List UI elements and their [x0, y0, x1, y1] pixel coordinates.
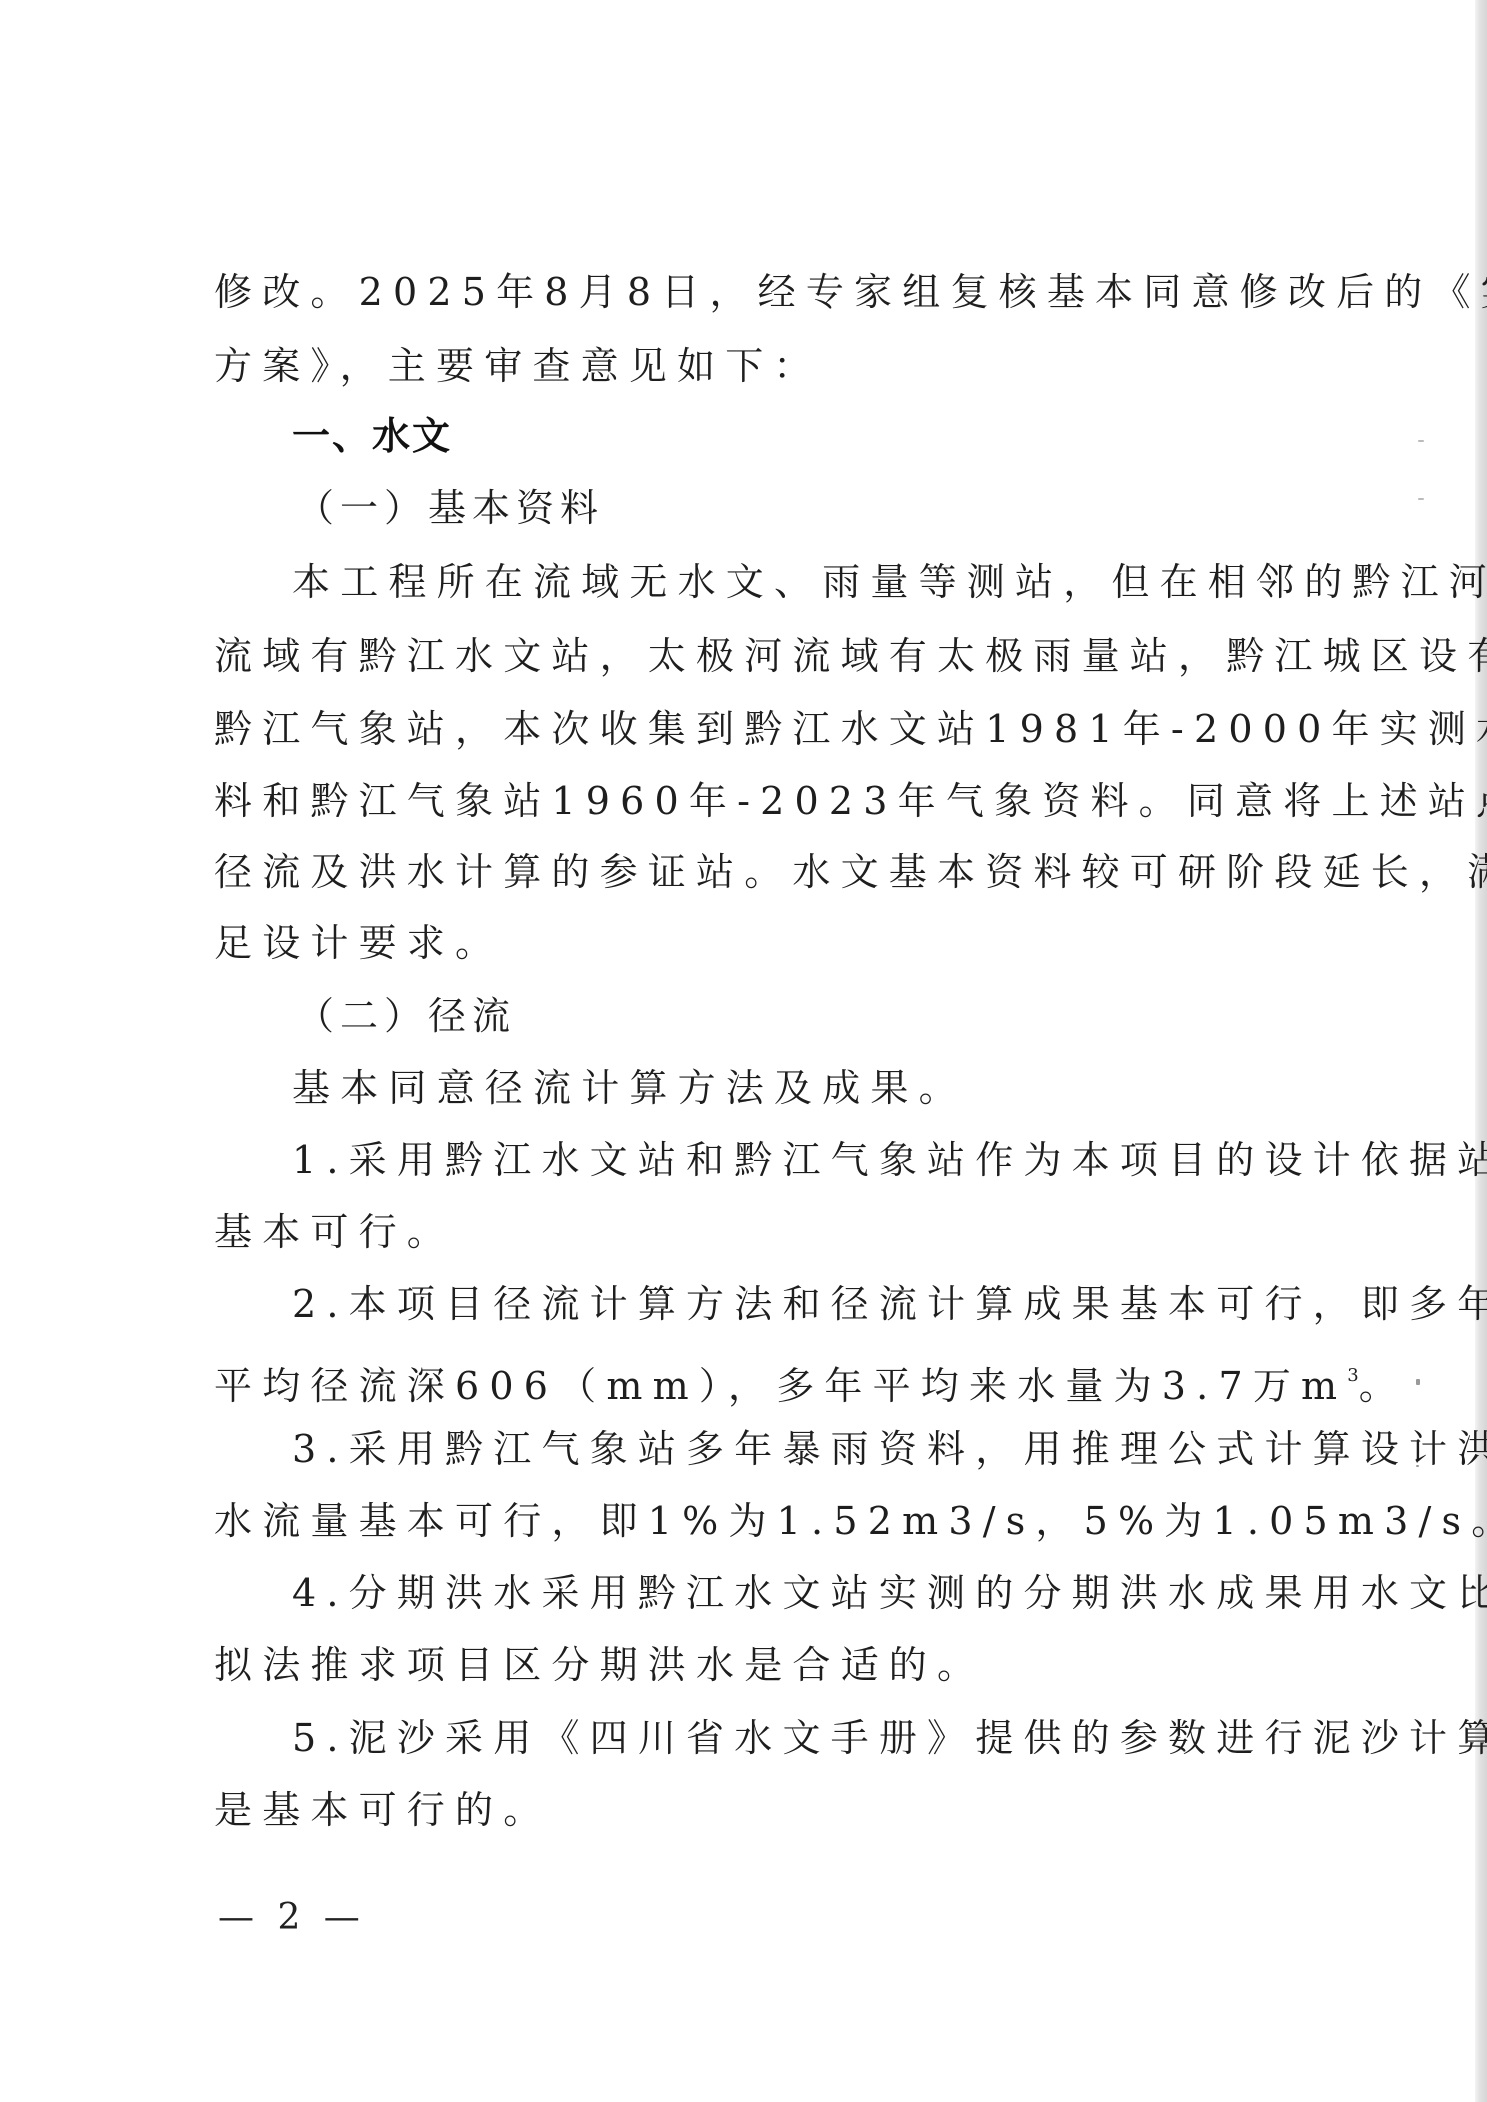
list-item-3-line-1: 3.采用黔江气象站多年暴雨资料，用推理公式计算设计洪: [292, 1427, 1292, 1471]
runoff-intro: 基本同意径流计算方法及成果。: [292, 1066, 1292, 1110]
list-item-2-line-2-text: 平均径流深606（mm），多年平均来水量为3.7万m: [214, 1364, 1347, 1408]
page-number: — 2 —: [218, 1898, 366, 1938]
paragraph-line: 本工程所在流域无水文、雨量等测站，但在相邻的黔江河: [292, 560, 1292, 604]
list-item-2-line-1: 2.本项目径流计算方法和径流计算成果基本可行，即多年: [292, 1282, 1292, 1326]
paragraph-line: 流域有黔江水文站，太极河流域有太极雨量站，黔江城区设有: [214, 634, 1294, 678]
scan-speck: [1416, 1465, 1419, 1467]
intro-line-2: 方案》，主要审查意见如下：: [214, 344, 1294, 388]
scan-speck: [1418, 498, 1424, 500]
scan-speck: [1418, 440, 1424, 442]
list-item-2-line-2-tail: 。: [1359, 1364, 1407, 1408]
scan-speck: [1416, 1379, 1420, 1385]
subsection-heading-basic-data: （一）基本资料: [296, 486, 1376, 530]
subsection-heading-runoff: （二）径流: [296, 994, 1376, 1038]
intro-line-1: 修改。2025年8月8日，经专家组复核基本同意修改后的《实施: [214, 270, 1294, 314]
paragraph-line: 足设计要求。: [214, 921, 1294, 965]
document-page: 修改。2025年8月8日，经专家组复核基本同意修改后的《实施 方案》，主要审查意…: [0, 0, 1487, 2102]
section-heading-hydrology: 一、水文: [292, 414, 1372, 458]
list-item-1-line-2: 基本可行。: [214, 1210, 1294, 1254]
list-item-4-line-1: 4.分期洪水采用黔江水文站实测的分期洪水成果用水文比: [292, 1571, 1292, 1615]
paragraph-line: 径流及洪水计算的参证站。水文基本资料较可研阶段延长，满: [214, 850, 1294, 894]
list-item-5-line-2: 是基本可行的。: [214, 1788, 1294, 1832]
paragraph-line: 黔江气象站，本次收集到黔江水文站1981年-2000年实测水文资: [214, 707, 1294, 751]
list-item-4-line-2: 拟法推求项目区分期洪水是合适的。: [214, 1643, 1294, 1687]
list-item-3-line-2: 水流量基本可行，即1%为1.52m3/s，5%为1.05m3/s。: [214, 1499, 1294, 1543]
list-item-2-line-2: 平均径流深606（mm），多年平均来水量为3.7万m3。: [214, 1354, 1294, 1408]
list-item-1-line-1: 1.采用黔江水文站和黔江气象站作为本项目的设计依据站: [292, 1138, 1292, 1182]
scan-edge-shadow: [1475, 0, 1487, 2102]
cubic-superscript: 3: [1347, 1365, 1358, 1386]
list-item-5-line-1: 5.泥沙采用《四川省水文手册》提供的参数进行泥沙计算: [292, 1716, 1292, 1760]
paragraph-line: 料和黔江气象站1960年-2023年气象资料。同意将上述站点作为: [214, 779, 1294, 823]
